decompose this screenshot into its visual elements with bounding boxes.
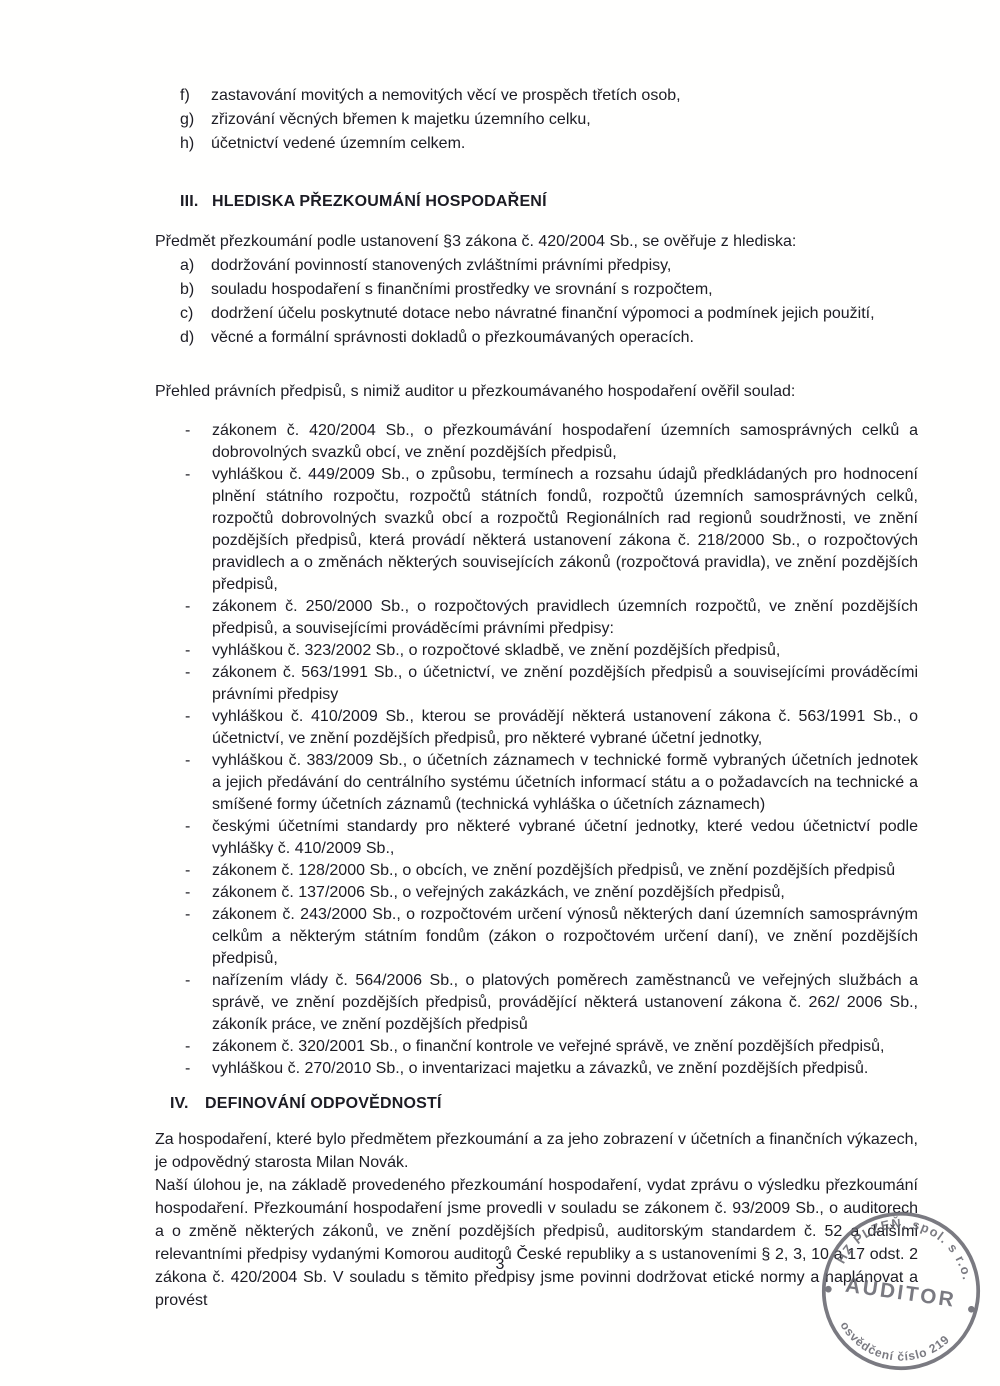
regulation-item: - českými účetními standardy pro některé… [185, 816, 918, 860]
regulation-text: vyhláškou č. 383/2009 Sb., o účetních zá… [212, 750, 918, 816]
list-text: zřizování věcných břemen k majetku územn… [211, 108, 918, 132]
document-page: f) zastavování movitých a nemovitých věc… [0, 0, 1000, 1386]
regulation-item: - zákonem č. 137/2006 Sb., o veřejných z… [185, 882, 918, 904]
regulation-text: vyhláškou č. 270/2010 Sb., o inventariza… [212, 1058, 918, 1080]
dash-marker: - [185, 904, 212, 970]
paragraph: Za hospodaření, které bylo předmětem pře… [155, 1128, 918, 1174]
dash-marker: - [185, 882, 212, 904]
dash-marker: - [185, 970, 212, 1036]
regulation-text: zákonem č. 250/2000 Sb., o rozpočtových … [212, 596, 918, 640]
section-title: DEFINOVÁNÍ ODPOVĚDNOSTÍ [205, 1092, 442, 1116]
regulation-item: - zákonem č. 320/2001 Sb., o finanční ko… [185, 1036, 918, 1058]
regulation-item: - zákonem č. 250/2000 Sb., o rozpočtovýc… [185, 596, 918, 640]
dash-marker: - [185, 464, 212, 596]
list-item: f) zastavování movitých a nemovitých věc… [180, 84, 918, 108]
list-text: dodržení účelu poskytnuté dotace nebo ná… [211, 302, 918, 326]
regulation-item: - vyhláškou č. 323/2002 Sb., o rozpočtov… [185, 640, 918, 662]
regulation-item: - vyhláškou č. 270/2010 Sb., o inventari… [185, 1058, 918, 1080]
dash-marker: - [185, 596, 212, 640]
regulation-text: vyhláškou č. 449/2009 Sb., o způsobu, te… [212, 464, 918, 596]
list-marker: d) [180, 326, 211, 350]
regulation-item: - nařízením vlády č. 564/2006 Sb., o pla… [185, 970, 918, 1036]
section-iii-intro: Předmět přezkoumání podle ustanovení §3 … [155, 230, 918, 254]
regulation-item: - zákonem č. 563/1991 Sb., o účetnictví,… [185, 662, 918, 706]
regulation-item: - zákonem č. 128/2000 Sb., o obcích, ve … [185, 860, 918, 882]
list-item: c) dodržení účelu poskytnuté dotace nebo… [180, 302, 918, 326]
section-iv-heading: IV. DEFINOVÁNÍ ODPOVĚDNOSTÍ [170, 1092, 918, 1116]
list-text: dodržování povinností stanovených zvlášt… [211, 254, 918, 278]
regulation-text: zákonem č. 137/2006 Sb., o veřejných zak… [212, 882, 918, 904]
list-text: věcné a formální správnosti dokladů o př… [211, 326, 918, 350]
regulation-text: českými účetními standardy pro některé v… [212, 816, 918, 860]
regulation-text: vyhláškou č. 410/2009 Sb., kterou se pro… [212, 706, 918, 750]
regulation-item: - zákonem č. 243/2000 Sb., o rozpočtovém… [185, 904, 918, 970]
regulation-item: - vyhláškou č. 410/2009 Sb., kterou se p… [185, 706, 918, 750]
dash-marker: - [185, 706, 212, 750]
dash-marker: - [185, 816, 212, 860]
regulation-item: - vyhláškou č. 383/2009 Sb., o účetních … [185, 750, 918, 816]
stamp-bottom-arc-text: osvědčení číslo 219 [833, 1317, 953, 1371]
regulation-text: zákonem č. 420/2004 Sb., o přezkoumávání… [212, 420, 918, 464]
regulations-list: - zákonem č. 420/2004 Sb., o přezkoumává… [155, 420, 918, 1080]
list-text: zastavování movitých a nemovitých věcí v… [211, 84, 918, 108]
paragraph: Naší úlohou je, na základě provedeného p… [155, 1174, 918, 1312]
dash-marker: - [185, 662, 212, 706]
list-marker: b) [180, 278, 211, 302]
list-item: d) věcné a formální správnosti dokladů o… [180, 326, 918, 350]
list-marker: a) [180, 254, 211, 278]
page-number: 3 [0, 1256, 1000, 1274]
regulation-text: zákonem č. 128/2000 Sb., o obcích, ve zn… [212, 860, 918, 882]
regulation-text: zákonem č. 563/1991 Sb., o účetnictví, v… [212, 662, 918, 706]
regulation-text: nařízením vlády č. 564/2006 Sb., o plato… [212, 970, 918, 1036]
dash-marker: - [185, 1058, 212, 1080]
list-item: g) zřizování věcných břemen k majetku úz… [180, 108, 918, 132]
section-title: HLEDISKA PŘEZKOUMÁNÍ HOSPODAŘENÍ [212, 190, 547, 214]
stamp-right-dot [968, 1306, 975, 1313]
dash-marker: - [185, 640, 212, 662]
regulation-text: vyhláškou č. 323/2002 Sb., o rozpočtové … [212, 640, 918, 662]
list-marker: g) [180, 108, 211, 132]
section-iii-heading: III. HLEDISKA PŘEZKOUMÁNÍ HOSPODAŘENÍ [180, 190, 918, 214]
dash-marker: - [185, 420, 212, 464]
list-marker: c) [180, 302, 211, 326]
criteria-list: a) dodržování povinností stanovených zvl… [155, 254, 918, 350]
list-marker: h) [180, 132, 211, 156]
list-item: b) souladu hospodaření s finančními pros… [180, 278, 918, 302]
list-text: souladu hospodaření s finančními prostře… [211, 278, 918, 302]
section-number: IV. [170, 1092, 205, 1116]
dash-marker: - [185, 860, 212, 882]
regulation-item: - zákonem č. 420/2004 Sb., o přezkoumává… [185, 420, 918, 464]
regulation-text: zákonem č. 320/2001 Sb., o finanční kont… [212, 1036, 918, 1058]
list-fgh: f) zastavování movitých a nemovitých věc… [155, 84, 918, 156]
dash-marker: - [185, 750, 212, 816]
dash-marker: - [185, 1036, 212, 1058]
section-number: III. [180, 190, 212, 214]
regulation-item: - vyhláškou č. 449/2009 Sb., o způsobu, … [185, 464, 918, 596]
list-item: h) účetnictví vedené územním celkem. [180, 132, 918, 156]
regulations-intro: Přehled právních předpisů, s nimiž audit… [155, 380, 918, 404]
list-marker: f) [180, 84, 211, 108]
regulation-text: zákonem č. 243/2000 Sb., o rozpočtovém u… [212, 904, 918, 970]
list-text: účetnictví vedené územním celkem. [211, 132, 918, 156]
list-item: a) dodržování povinností stanovených zvl… [180, 254, 918, 278]
